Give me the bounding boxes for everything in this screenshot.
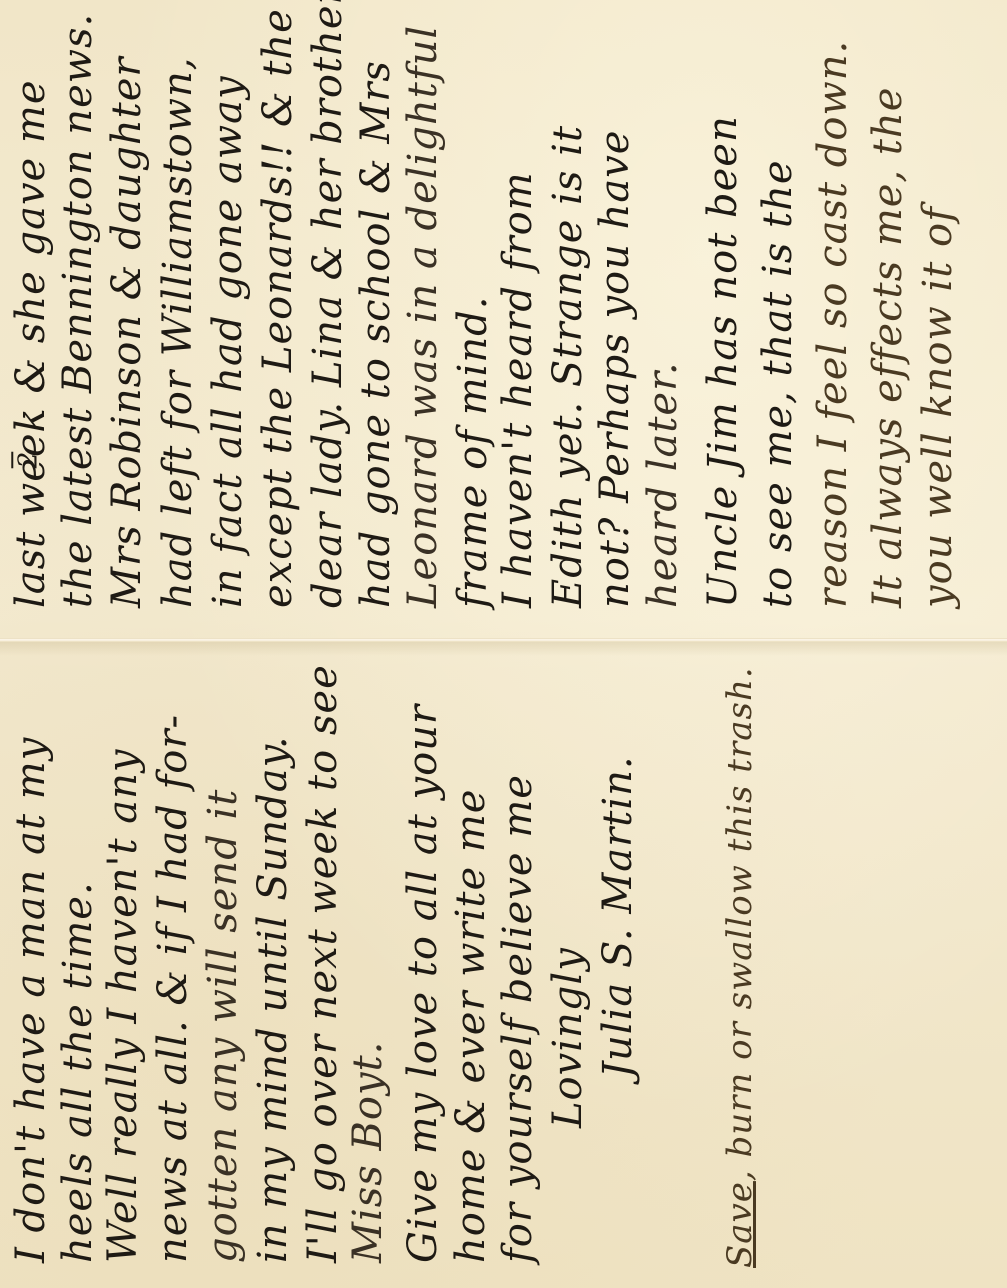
letter-line: Well really I haven't any bbox=[100, 748, 146, 1263]
letter-line: news at all. & if I had for- bbox=[150, 714, 196, 1263]
letter-line: except the Leonards!! & the bbox=[255, 8, 301, 608]
letter-line: had gone to school & Mrs bbox=[353, 60, 399, 608]
letter-line: It always effects me, the bbox=[865, 87, 911, 608]
letter-line: had left for Williamstown, bbox=[155, 57, 201, 608]
letter-line: Uncle Jim has not been bbox=[700, 115, 746, 608]
letter-line: Edith yet. Strange is it bbox=[545, 125, 591, 608]
letter-line: dear lady. Lina & her brother bbox=[305, 0, 351, 608]
upper-text-block: last week & she gave me the latest Benni… bbox=[0, 0, 1007, 638]
letter-line: Give my love to all at your bbox=[400, 704, 446, 1263]
letter-line: frame of mind. bbox=[450, 296, 496, 609]
postscript: Save, burn or swallow this trash. bbox=[720, 666, 760, 1268]
letter-line: home & ever write me bbox=[448, 789, 494, 1263]
letter-line: to see me, that is the bbox=[755, 159, 801, 608]
letter-line: Mrs Robinson & daughter bbox=[104, 56, 150, 608]
letter-line: reason I feel so cast down. bbox=[810, 40, 856, 608]
letter-line: you well know it of bbox=[915, 206, 961, 608]
letter-line: in my mind until Sunday. bbox=[250, 735, 296, 1263]
letter-line: in fact all had gone away bbox=[205, 75, 251, 608]
letter-line: not? Perhaps you have bbox=[592, 130, 638, 608]
letter-line: I don't have a man at my bbox=[8, 737, 54, 1263]
letter-line: I haven't heard from bbox=[495, 171, 541, 608]
letter-signature: Julia S. Martin. bbox=[595, 755, 641, 1078]
letter-line: Leonard was in a delightful bbox=[400, 25, 446, 608]
letter-closing: Lovingly bbox=[545, 947, 591, 1128]
postscript-text: , burn or swallow this trash. bbox=[720, 666, 760, 1181]
lower-text-block: I don't have a man at my heels all the t… bbox=[0, 642, 1007, 1288]
letter-line: I'll go over next week to see bbox=[300, 664, 346, 1263]
lower-page: I don't have a man at my heels all the t… bbox=[0, 642, 1007, 1288]
letter-line: the latest Bennington news. bbox=[55, 13, 101, 608]
postscript-underlined-word: Save bbox=[720, 1181, 760, 1268]
letter-line: heels all the time. bbox=[55, 881, 101, 1263]
letter-line: for yourself believe me bbox=[495, 774, 541, 1263]
letter-line: Miss Boyt. bbox=[345, 1041, 391, 1263]
letter-line: last week & she gave me bbox=[8, 79, 54, 608]
letter-line: gotten any will send it bbox=[200, 789, 246, 1263]
upper-page: 2 last week & she gave me the latest Ben… bbox=[0, 0, 1007, 638]
letter-line: heard later. bbox=[640, 361, 686, 608]
